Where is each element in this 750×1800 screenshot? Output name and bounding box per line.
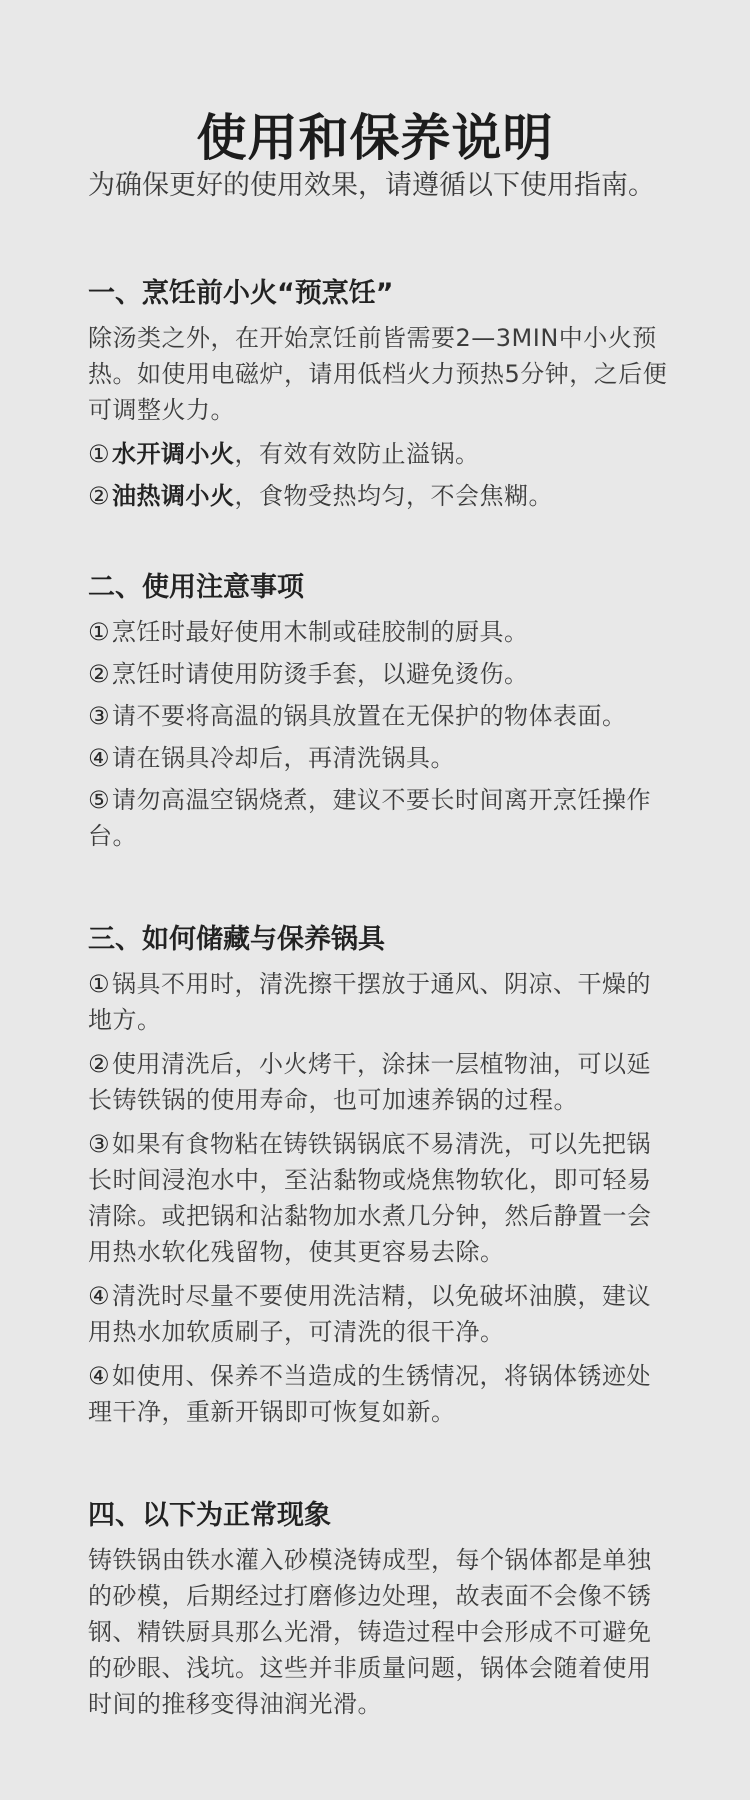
section-paragraph: 铸铁锅由铁水灌入砂模浇铸成型，每个锅体都是单独的砂模，后期经过打磨修边处理，故表… xyxy=(88,1542,668,1722)
item-text: 如使用、保养不当造成的生锈情况，将锅体锈迹处理干净，重新开锅即可恢复如新。 xyxy=(88,1362,651,1426)
item-text: 烹饪时请使用防烫手套，以避免烫伤。 xyxy=(112,660,529,688)
list-item: ⑤请勿高温空锅烧煮，建议不要长时间离开烹饪操作台。 xyxy=(88,782,668,854)
section-heading: 四、以下为正常现象 xyxy=(88,1496,668,1536)
section-preheat: 一、烹饪前小火“预烹饪” 除汤类之外，在开始烹饪前皆需要2—3MIN中小火预热。… xyxy=(88,274,668,520)
list-item: ④请在锅具冷却后，再清洗锅具。 xyxy=(88,740,668,776)
item-emphasis: 水开调小火 xyxy=(112,440,235,468)
list-item: ①烹饪时最好使用木制或硅胶制的厨具。 xyxy=(88,614,668,650)
item-number: ② xyxy=(88,660,110,688)
item-number: ② xyxy=(88,1050,110,1078)
item-text: 清洗时尽量不要使用洗洁精，以免破坏油膜，建议用热水加软质刷子，可清洗的很干净。 xyxy=(88,1282,651,1346)
item-number: ① xyxy=(88,618,110,646)
item-number: ① xyxy=(88,440,110,468)
item-text: 请不要将高温的锅具放置在无保护的物体表面。 xyxy=(112,702,627,730)
item-text: 如果有食物粘在铸铁锅锅底不易清洗，可以先把锅长时间浸泡水中，至沾黏物或烧焦物软化… xyxy=(88,1130,652,1266)
care-instructions-page: 使用和保养说明 为确保更好的使用效果，请遵循以下使用指南。 一、烹饪前小火“预烹… xyxy=(0,0,750,1800)
item-text: 烹饪时最好使用木制或硅胶制的厨具。 xyxy=(112,618,529,646)
section-heading: 一、烹饪前小火“预烹饪” xyxy=(88,274,668,314)
item-text: 锅具不用时，清洗擦干摆放于通风、阴凉、干燥的地方。 xyxy=(88,970,651,1034)
list-item: ②烹饪时请使用防烫手套，以避免烫伤。 xyxy=(88,656,668,692)
item-number: ④ xyxy=(88,744,110,772)
page-subtitle: 为确保更好的使用效果，请遵循以下使用指南。 xyxy=(88,166,655,206)
section-heading: 三、如何储藏与保养锅具 xyxy=(88,920,668,960)
item-number: ③ xyxy=(88,702,110,730)
item-number: ③ xyxy=(88,1130,110,1158)
list-item: ①锅具不用时，清洗擦干摆放于通风、阴凉、干燥的地方。 xyxy=(88,966,668,1038)
section-storage-care: 三、如何储藏与保养锅具 ①锅具不用时，清洗擦干摆放于通风、阴凉、干燥的地方。 ②… xyxy=(88,920,668,1438)
list-item: ②使用清洗后，小火烤干，涂抹一层植物油，可以延长铸铁锅的使用寿命，也可加速养锅的… xyxy=(88,1046,668,1118)
list-item: ③如果有食物粘在铸铁锅锅底不易清洗，可以先把锅长时间浸泡水中，至沾黏物或烧焦物软… xyxy=(88,1126,668,1270)
item-number: ⑤ xyxy=(88,786,110,814)
item-text: ，有效有效防止溢锅。 xyxy=(235,440,480,468)
list-item: ②油热调小火，食物受热均匀，不会焦糊。 xyxy=(88,478,668,514)
list-item: ④清洗时尽量不要使用洗洁精，以免破坏油膜，建议用热水加软质刷子，可清洗的很干净。 xyxy=(88,1278,668,1350)
item-emphasis: 油热调小火 xyxy=(112,482,235,510)
item-text: 请勿高温空锅烧煮，建议不要长时间离开烹饪操作台。 xyxy=(88,786,651,850)
item-number: ② xyxy=(88,482,110,510)
item-number: ④ xyxy=(88,1282,110,1310)
item-text: 请在锅具冷却后，再清洗锅具。 xyxy=(112,744,455,772)
list-item: ③请不要将高温的锅具放置在无保护的物体表面。 xyxy=(88,698,668,734)
section-heading: 二、使用注意事项 xyxy=(88,568,668,608)
section-usage-notes: 二、使用注意事项 ①烹饪时最好使用木制或硅胶制的厨具。 ②烹饪时请使用防烫手套，… xyxy=(88,568,668,860)
item-text: ，食物受热均匀，不会焦糊。 xyxy=(235,482,554,510)
page-title: 使用和保养说明 xyxy=(0,106,750,170)
item-number: ① xyxy=(88,970,110,998)
list-item: ④如使用、保养不当造成的生锈情况，将锅体锈迹处理干净，重新开锅即可恢复如新。 xyxy=(88,1358,668,1430)
list-item: ①水开调小火，有效有效防止溢锅。 xyxy=(88,436,668,472)
item-text: 使用清洗后，小火烤干，涂抹一层植物油，可以延长铸铁锅的使用寿命，也可加速养锅的过… xyxy=(88,1050,651,1114)
section-paragraph: 除汤类之外，在开始烹饪前皆需要2—3MIN中小火预热。如使用电磁炉，请用低档火力… xyxy=(88,320,668,428)
item-number: ④ xyxy=(88,1362,110,1390)
section-normal-phenomena: 四、以下为正常现象 铸铁锅由铁水灌入砂模浇铸成型，每个锅体都是单独的砂模，后期经… xyxy=(88,1496,668,1722)
